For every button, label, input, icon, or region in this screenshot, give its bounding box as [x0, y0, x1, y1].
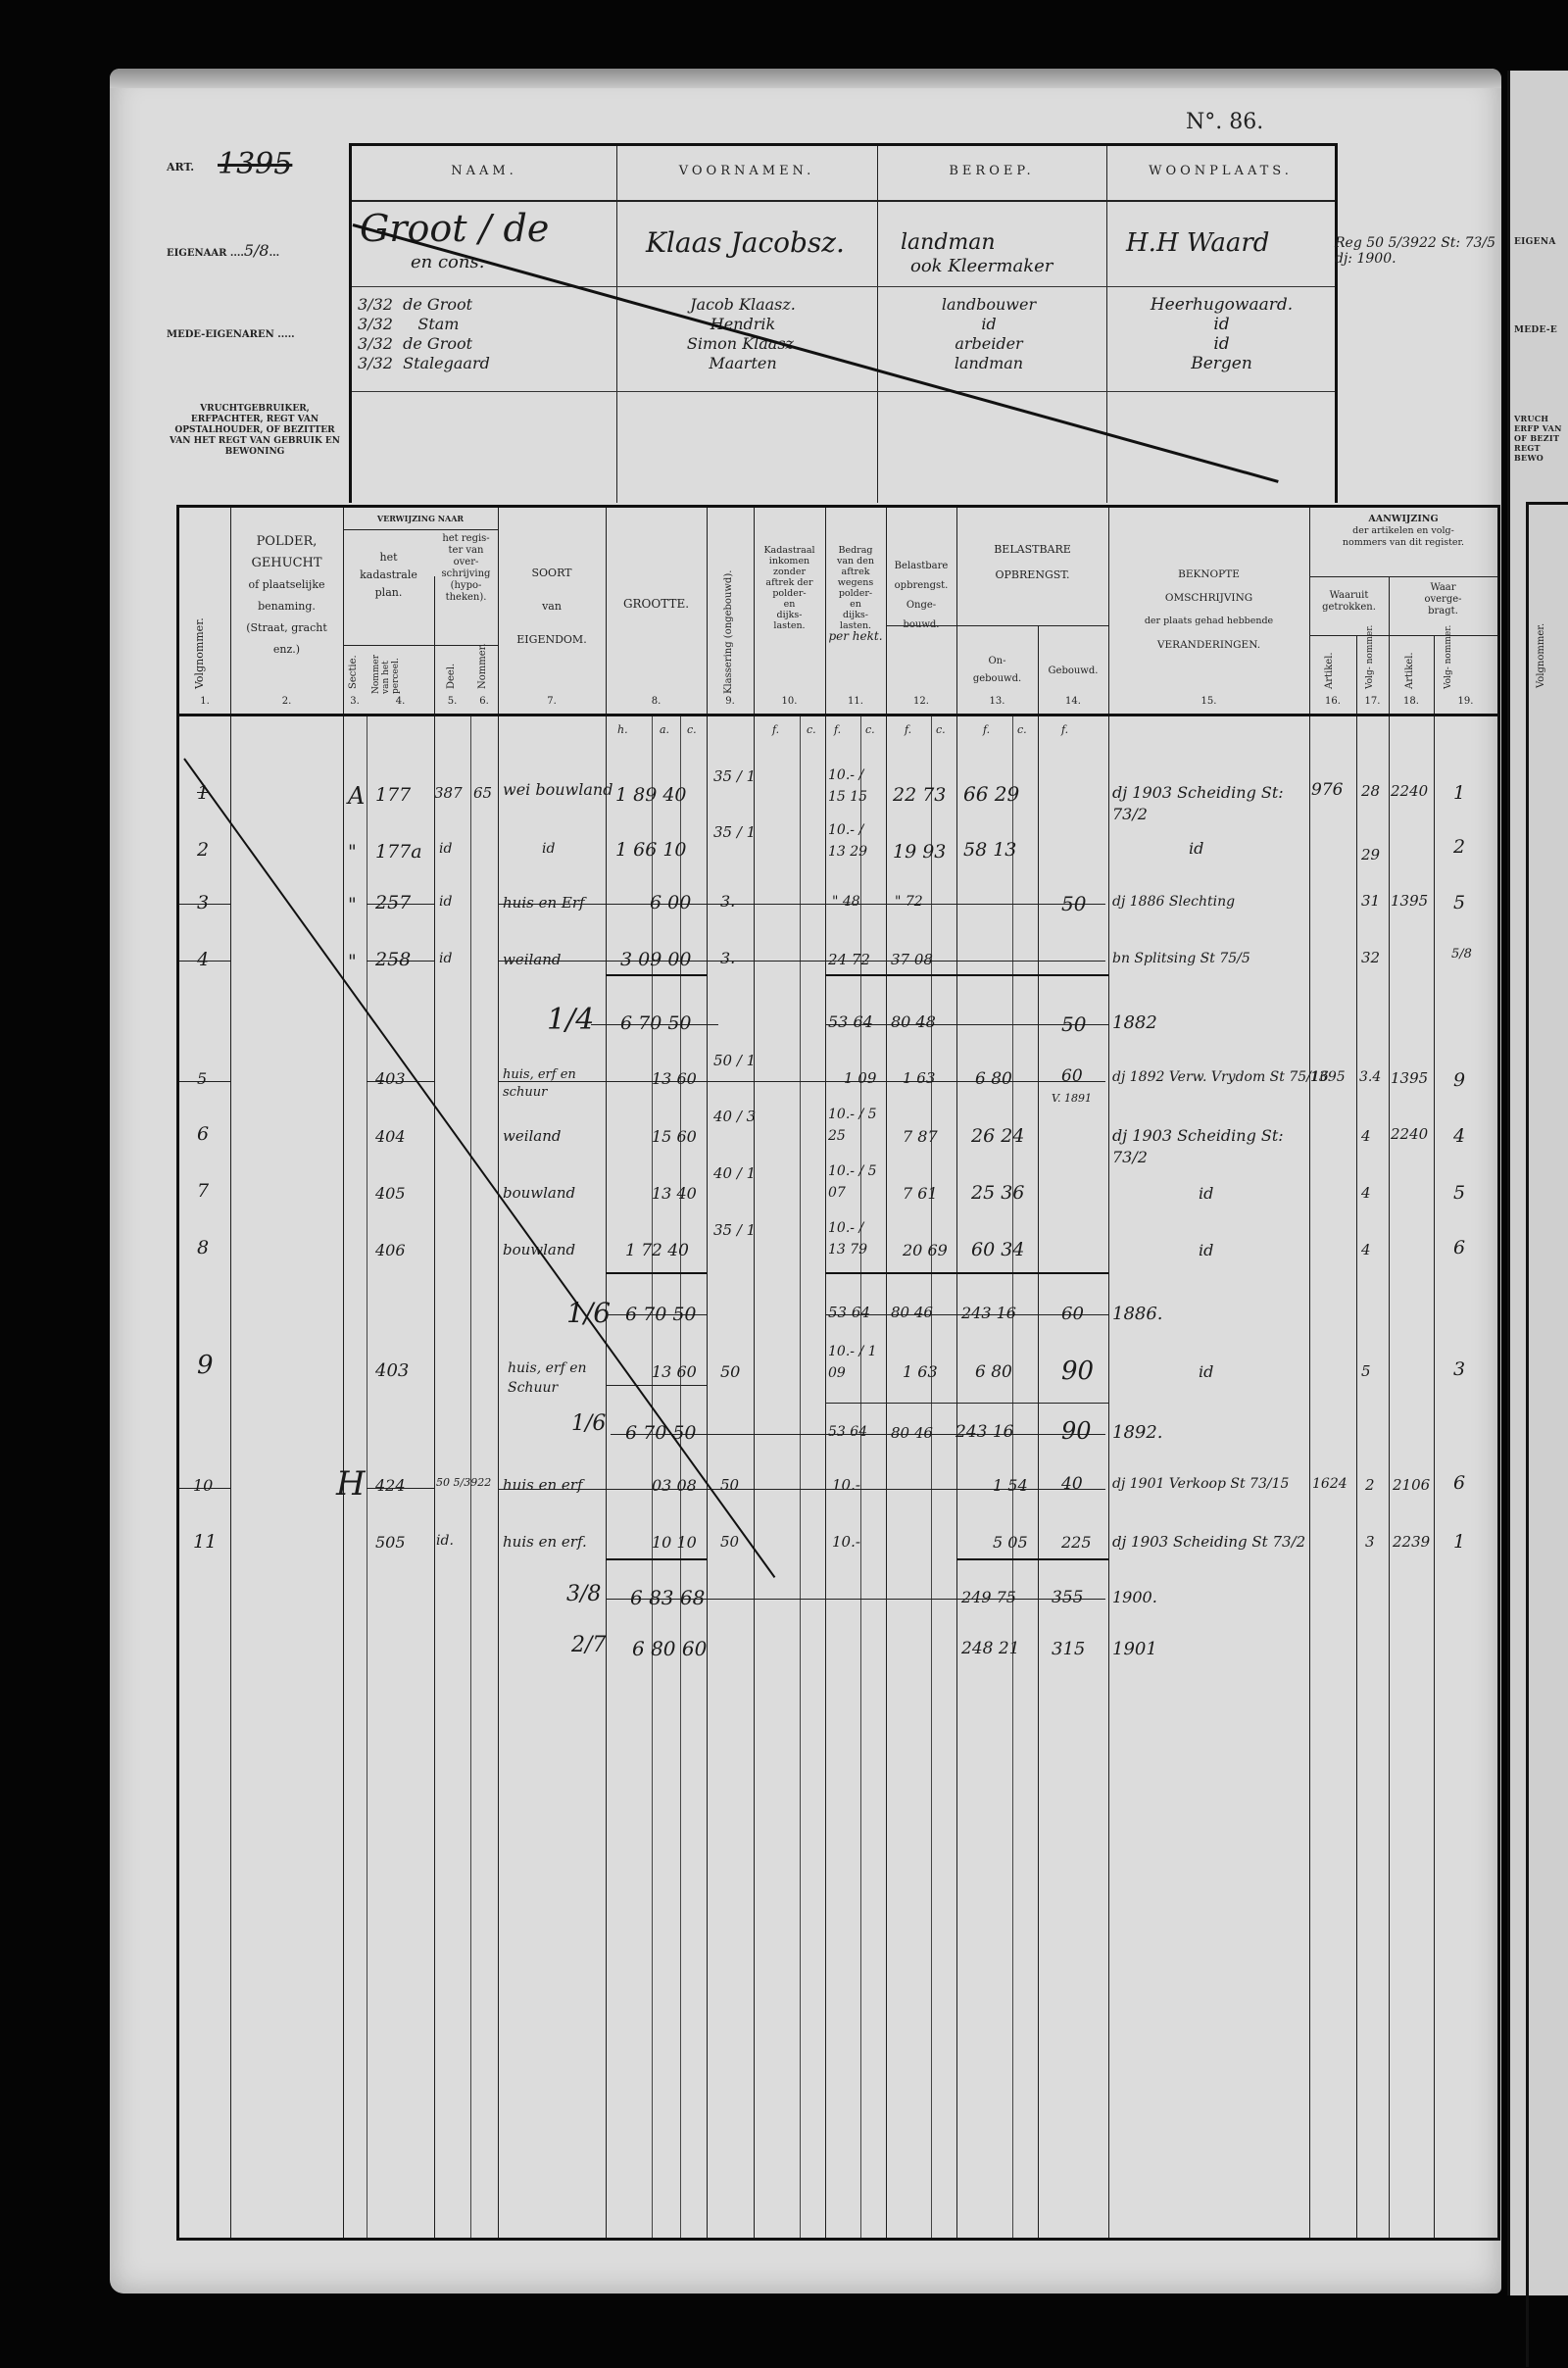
unit-c: c. [807, 723, 816, 736]
header-deel: Deel. [446, 664, 457, 689]
margin-note: Reg 50 5/3922 St: 73/5 dj: 1900. [1335, 235, 1501, 267]
unit-f: f. [905, 723, 911, 736]
neighbor-col-volgnommer: Volgnommer. [1536, 623, 1546, 688]
subtotal-rule [606, 1272, 707, 1274]
per-hekt-note: per hekt. [825, 631, 886, 642]
col-number: 19. [1434, 696, 1497, 707]
header-beroep: BEROEP. [877, 164, 1106, 178]
header-subdivider [343, 529, 498, 530]
col-number: 17. [1356, 696, 1389, 707]
header-subdivider [1309, 635, 1497, 636]
col-number: 13. [956, 696, 1038, 707]
col-divider [498, 508, 499, 2238]
header-belastbare-ongebouwd: Belastbareopbrengst.Onge-bouwd. [886, 557, 956, 635]
owner-table: NAAM. VOORNAMEN. BEROEP. WOONPLAATS. Gro… [349, 143, 1338, 503]
header-gebouwd: Gebouwd. [1038, 665, 1108, 677]
co-owner-row: 3/32 Stam [358, 315, 490, 334]
col-divider [230, 508, 231, 2238]
header-klassering: Klassering (ongebouwd). [723, 570, 734, 694]
subtotal-rule [825, 1403, 1108, 1404]
owner-row-divider [352, 391, 1335, 392]
subtotal-rule [606, 1385, 707, 1386]
header-soort: SOORT van EIGENDOM. [498, 557, 606, 657]
unit-a: a. [660, 723, 669, 736]
header-volgnommer-19: Volg- nommer. [1444, 625, 1453, 689]
header-volgnommer-17: Volg- nommer. [1365, 625, 1375, 689]
col-number: 9. [707, 696, 754, 707]
header-register: het regis- ter van over- schrijving (hyp… [434, 533, 498, 604]
owner-share: 5/8 [244, 241, 269, 260]
unit-c: c. [936, 723, 946, 736]
header-waaruit: Waaruitgetrokken. [1309, 590, 1389, 614]
header-voornamen: VOORNAMEN. [616, 164, 877, 178]
col-number: 12. [886, 696, 956, 707]
owner-col-divider [616, 146, 617, 503]
header-volgnommer: Volgnommer. [193, 617, 206, 689]
col-divider [825, 508, 826, 2238]
owner-naam-note: en cons. [411, 252, 484, 272]
col-number: 18. [1389, 696, 1434, 707]
col-divider [367, 714, 367, 2238]
col-divider [707, 508, 708, 2238]
header-polder: POLDER, GEHUCHT of plaatselijke benaming… [230, 531, 343, 661]
owner-naam: Groot / de [360, 207, 549, 250]
header-inkomen: Kadastraalinkomenzonderaftrek derpolder-… [754, 545, 825, 631]
co-owner-row: 3/32 de Groot [358, 334, 490, 354]
header-waar: Waaroverge-bragt. [1389, 582, 1497, 617]
subtotal-rule [825, 974, 1108, 976]
usufruct-label: VRUCHTGEBRUIKER, ERFPACHTER, REGT VAN OP… [167, 404, 343, 458]
page-top-edge [110, 69, 1501, 88]
co-owner-row: 3/32 Stalegaard [358, 354, 490, 373]
col-divider [1309, 508, 1310, 2238]
header-naam: NAAM. [352, 164, 616, 178]
header-ongebouwd: On-gebouwd. [956, 653, 1038, 688]
unit-f: f. [1061, 723, 1068, 736]
col-number: 14. [1038, 696, 1108, 707]
subtotal-rule [606, 974, 707, 976]
co-owners-woonplaats: Heerhugowaard. id id Bergen [1111, 295, 1332, 373]
header-aftrek: Bedragvan denaftrekwegenspolder-endijks-… [825, 545, 886, 642]
header-verwijzing: VERWIJZING NAAR [343, 513, 498, 525]
header-grootte: GROOTTE. [606, 598, 707, 611]
header-woonplaats: WOONPLAATS. [1106, 164, 1335, 178]
col-divider [886, 508, 887, 2238]
subtotal-rule [825, 1272, 1108, 1274]
header-subdivider [343, 645, 498, 646]
col-number: 10. [754, 696, 825, 707]
subtotal-rule [956, 1558, 1108, 1560]
co-owners-names: 3/32 de Groot 3/32 Stam 3/32 de Groot 3/… [358, 295, 490, 373]
owner-col-divider [1106, 146, 1107, 503]
neighbor-label-usufruct: VRUCH ERFP VAN OF BEZIT REGT BEWO [1514, 414, 1568, 463]
unit-c: c. [865, 723, 875, 736]
col-number: 5. [434, 696, 470, 707]
col-number: 2. [230, 696, 343, 707]
col-number: 15. [1108, 696, 1309, 707]
col-divider [1356, 635, 1357, 2238]
col-divider [931, 714, 932, 2238]
unit-f: f. [983, 723, 990, 736]
owner-voornamen: Klaas Jacobsz. [646, 226, 845, 259]
col-divider [434, 576, 435, 2238]
cancel-stroke [183, 758, 775, 1578]
article-number-struck: 1395 [218, 147, 292, 181]
col-divider [800, 714, 801, 2238]
header-subdivider [1309, 576, 1497, 577]
col-number: 7. [498, 696, 606, 707]
owner-row-divider [352, 286, 1335, 287]
col-number: 16. [1309, 696, 1356, 707]
header-nommer: Nommer. [477, 643, 488, 689]
parcel-table: Volgnommer. POLDER, GEHUCHT of plaatseli… [176, 505, 1500, 2241]
page-number: N°. 86. [1186, 110, 1263, 134]
neighbor-label-coowners: MEDE-E [1514, 325, 1557, 335]
owner-col-divider [877, 146, 878, 503]
header-kadastrale-plan: het kadastrale plan. [343, 549, 434, 602]
co-owners-label: MEDE-EIGENAREN ..... [167, 329, 343, 341]
unit-h: h. [617, 723, 628, 736]
subtotal-rule [606, 1558, 707, 1560]
owner-label: EIGENAAR ....5/8... [167, 245, 343, 260]
co-owners-beroep: landbouwer id arbeider landman [881, 295, 1097, 373]
owner-beroep: landman [901, 230, 996, 255]
col-number: 4. [367, 696, 434, 707]
col-number: 1. [179, 696, 230, 707]
header-belastbare-opbrengst: BELASTBAREOPBRENGST. [956, 537, 1108, 588]
unit-f: f. [834, 723, 841, 736]
col-divider [860, 714, 861, 2238]
col-number: 6. [470, 696, 498, 707]
owner-woonplaats: H.H Waard [1126, 228, 1269, 258]
col-number: 3. [343, 696, 367, 707]
header-artikel-16: Artikel. [1324, 652, 1335, 689]
owner-beroep-2: ook Kleermaker [910, 256, 1053, 276]
col-divider [343, 508, 344, 2238]
col-divider [1108, 508, 1109, 2238]
header-omschrijving: BEKNOPTEOMSCHRIJVINGder plaats gehad heb… [1108, 563, 1309, 657]
co-owner-row: 3/32 de Groot [358, 295, 490, 315]
col-number: 8. [606, 696, 707, 707]
article-label: ART. [167, 161, 194, 173]
header-perceel: Nommer van het perceel. [371, 645, 401, 694]
col-number: 11. [825, 696, 886, 707]
neighbor-table-edge [1526, 502, 1568, 2367]
col-divider [956, 508, 957, 2238]
strike-line [498, 904, 1105, 905]
col-divider [1389, 576, 1390, 2238]
col-divider [606, 508, 607, 2238]
col-divider [1038, 625, 1039, 2238]
col-divider [1434, 635, 1435, 2238]
header-aanwijzing: AANWIJZINGder artikelen en volg-nommers … [1309, 514, 1497, 549]
unit-f: f. [772, 723, 779, 736]
header-bottom-rule [179, 714, 1497, 716]
strike-line [498, 961, 1105, 962]
neighbor-page-edge: EIGENA MEDE-E VRUCH ERFP VAN OF BEZIT RE… [1507, 71, 1568, 2295]
unit-c: c. [1017, 723, 1027, 736]
neighbor-label-owner: EIGENA [1514, 237, 1556, 247]
header-sectie: Sectie. [348, 655, 359, 689]
unit-c: c. [687, 723, 697, 736]
header-artikel-18: Artikel. [1404, 652, 1415, 689]
